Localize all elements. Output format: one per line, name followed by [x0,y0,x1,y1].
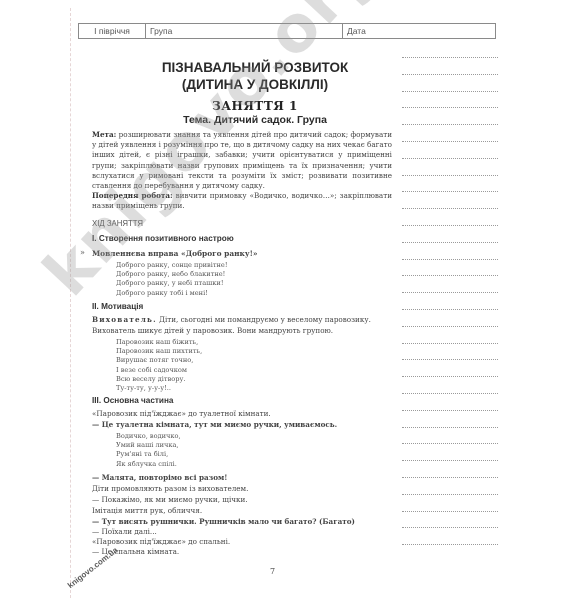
note-line [402,225,498,226]
main-line5: — Покажімо, як ми миємо ручки, щічки. [92,495,248,504]
poem-good-morning: Доброго ранку, сонце привітне! Доброго р… [116,261,227,298]
note-line [402,376,498,377]
progress-heading: ХІД ЗАНЯТТЯ [92,219,143,228]
bullet-marker: » [80,248,85,257]
note-line [402,191,498,192]
lesson-theme: Тема. Дитячий садок. Група [110,114,400,126]
note-line [402,326,498,327]
page-edge [70,8,71,598]
note-line [402,359,498,360]
section2-heading: ІІ. Мотивація [92,302,143,311]
page-number: 7 [270,567,275,576]
motivation-line2: Вихователь шикує дітей у паровозик. Вони… [92,326,333,335]
main-line9: «Паровозик під'їжджає» до спальні. [92,537,230,546]
semester-cell: І півріччя [79,24,146,38]
motivation-text: Діти, сьогодні ми помандруємо у веселому… [157,315,371,324]
note-line [402,511,498,512]
note-line [402,292,498,293]
main-line1: «Паровозик під'їжджає» до туалетної кімн… [92,409,271,418]
note-line [402,494,498,495]
main-line6: Імітація миття рук, обличчя. [92,506,202,515]
motivation-line1: Вихователь. Діти, сьогодні ми помандруєм… [92,315,371,324]
main-line4: Діти промовляють разом із вихователем. [92,484,248,493]
note-line [402,158,498,159]
note-line [402,544,498,545]
exercise-title: Мовленнєва вправа «Доброго ранку!» [92,249,257,258]
goal-text: розширювати знання та уявлення дітей про… [92,130,392,190]
note-line [402,91,498,92]
note-line [402,460,498,461]
note-line [402,259,498,260]
main-line3: — Малята, повторімо всі разом! [92,473,227,482]
note-line [402,527,498,528]
group-cell: Група [146,24,343,38]
note-line [402,141,498,142]
prep-label: Попередня робота: [92,191,173,200]
note-line [402,393,498,394]
notes-column [402,0,498,600]
note-line [402,443,498,444]
poem-water: Водичко, водичко, Умий наші личка, Рум'я… [116,432,181,469]
goal-label: Мета: [92,130,116,139]
note-line [402,57,498,58]
main-line2: — Це туалетна кімната, тут ми миємо ручк… [92,420,337,429]
note-line [402,242,498,243]
main-line8: — Поїхали далі... [92,527,157,536]
note-line [402,343,498,344]
prep-paragraph: Попередня робота: вивчити примовку «Води… [92,191,392,211]
note-line [402,124,498,125]
section-title-line1: ПІЗНАВАЛЬНИЙ РОЗВИТОК [110,59,400,76]
poem-train: Паровозик наш біжить, Паровозик наш пихт… [116,338,202,393]
note-line [402,477,498,478]
note-line [402,107,498,108]
section1-heading: І. Створення позитивного настрою [92,234,234,243]
goal-paragraph: Мета: розширювати знання та уявлення діт… [92,130,392,191]
note-line [402,275,498,276]
note-line [402,427,498,428]
note-line [402,208,498,209]
speaker-label: Вихователь. [92,315,157,324]
section-title-line2: (ДИТИНА У ДОВКІЛЛІ) [110,76,400,93]
note-line [402,309,498,310]
note-line [402,175,498,176]
note-line [402,74,498,75]
lesson-title: ЗАНЯТТЯ 1 [110,99,400,113]
note-line [402,410,498,411]
main-line7: — Тут висять рушнички. Рушничків мало чи… [92,517,355,526]
section3-heading: ІІІ. Основна частина [92,396,173,405]
